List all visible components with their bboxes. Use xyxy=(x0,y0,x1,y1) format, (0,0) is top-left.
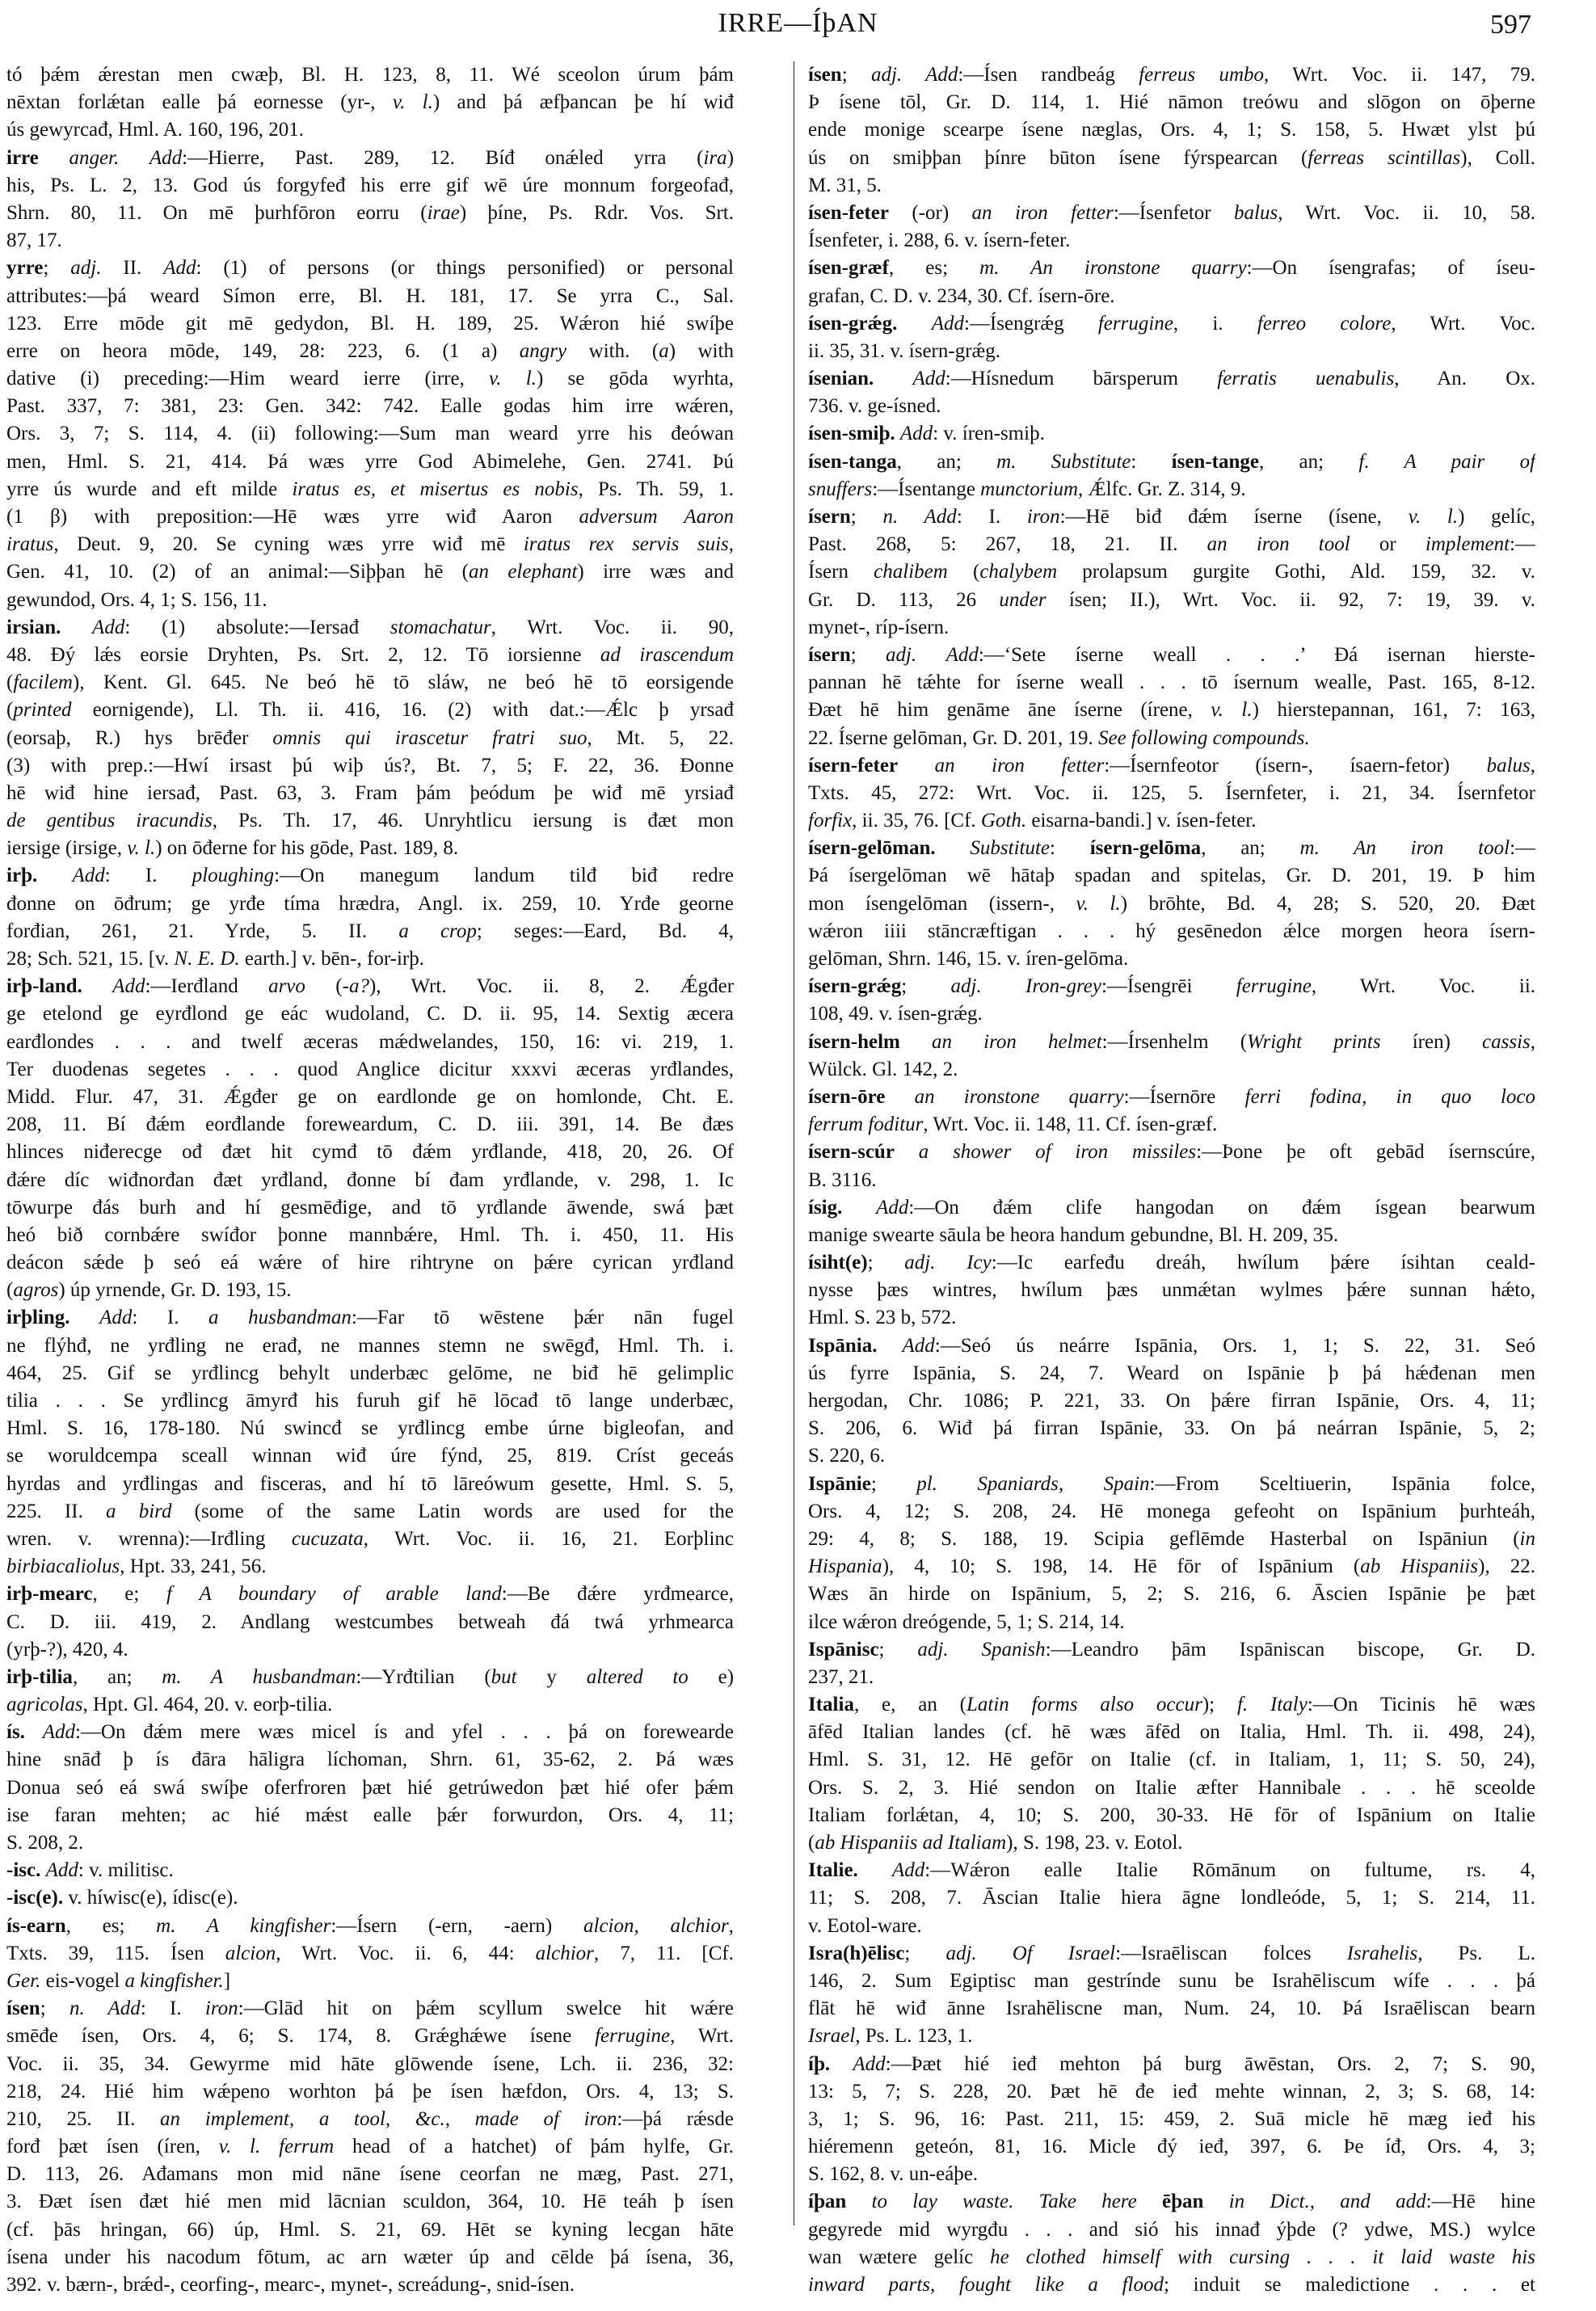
text-run: Ors. 4, 12; S. 208, 24. Hē monega gefeoh… xyxy=(808,1501,1535,1522)
headword: irre xyxy=(6,147,39,169)
italic-gloss: Add xyxy=(46,1859,78,1881)
text-run: hyrdas and yrđlingas and fisceras, and h… xyxy=(6,1473,734,1495)
text-run: :—Yrđtilian ( xyxy=(356,1666,491,1688)
text-run: :—Ísentange xyxy=(872,478,980,500)
text-run: , Ps. L. 123, 1. xyxy=(855,2025,972,2047)
text-run xyxy=(898,755,935,777)
italic-gloss: omnis qui irascetur fratri suo xyxy=(272,727,587,749)
italic-gloss: altered to xyxy=(587,1666,689,1688)
text-run: , Wrt. Voc. ii. xyxy=(1312,975,1535,997)
text-run: ; xyxy=(40,1997,69,2019)
text-run: , i. xyxy=(1173,313,1257,335)
text-run: :—Far tō wēstene þǽr nān fugel xyxy=(352,1307,734,1328)
entry-text-line: hine snāđ þ ís đāra hāligra líchoman, Sh… xyxy=(6,1746,734,1774)
italic-gloss: facilem xyxy=(13,671,73,693)
text-run: (eorsaþ, R.) hys brēđer xyxy=(6,727,272,749)
text-run: men, Hml. S. 21, 414. Þá wæs yrre God Ab… xyxy=(6,451,734,473)
text-run: B. 3116. xyxy=(808,1169,877,1191)
entry-text-line: Gr. D. 113, 26 under ísen; II.), Wrt. Vo… xyxy=(808,587,1535,614)
text-run: pannan hē tǽhte for íserne weall . . . t… xyxy=(808,671,1535,693)
text-run: :—Þone þe oft gebād ísernscúre, xyxy=(1196,1141,1535,1163)
text-run: ; induit se maledictione . . . et xyxy=(1164,2274,1535,2296)
entry-text-line: 22. Íserne gelōman, Gr. D. 201, 19. See … xyxy=(808,725,1535,752)
text-run xyxy=(936,837,971,859)
entry-text-line: forfix, ii. 35, 76. [Cf. Goth. eisarna-b… xyxy=(808,807,1535,835)
entry-text-line: Ger. eis-vogel a kingfisher.] xyxy=(6,1968,734,1995)
text-run: (1 β) with preposition:—Hē wæs yrre wiđ … xyxy=(6,506,579,528)
text-run: : xyxy=(1050,837,1090,859)
text-run: gewundod, Ors. 4, 1; S. 156, 11. xyxy=(6,589,267,611)
text-run: ; xyxy=(842,64,871,86)
entry-text-line: inward parts, fought like a flood; indui… xyxy=(808,2271,1535,2299)
italic-gloss: Add xyxy=(112,975,145,997)
text-run: : I. xyxy=(105,865,192,886)
headword: -isc. xyxy=(6,1859,40,1881)
headword: Italie. xyxy=(808,1859,858,1881)
headword: íþan xyxy=(808,2191,846,2212)
italic-gloss: m. A kingfisher xyxy=(156,1915,331,1937)
text-run: erre on heora mōde, 149, 28: 223, 6. (1 … xyxy=(6,340,520,362)
italic-gloss: balus xyxy=(1234,202,1278,224)
italic-gloss: an iron tool xyxy=(1207,533,1350,555)
entry-text-line: 210, 25. II. an implement, a tool, &c., … xyxy=(6,2106,734,2133)
text-run: earđlondes . . . and twelf æceras mǽdwel… xyxy=(6,1031,734,1053)
headword: ēþan xyxy=(1162,2191,1203,2212)
entry-headword-line: Ispānisc; adj. Spanish:—Leandro þām Ispā… xyxy=(808,1636,1535,1664)
italic-gloss: Add xyxy=(902,1335,934,1357)
entry-text-line: Wæs ān hirde on Ispānium, 5, 2; S. 216, … xyxy=(808,1581,1535,1608)
entry-headword-line: ísern-ōre an ironstone quarry:—Ísernōre … xyxy=(808,1084,1535,1111)
entry-text-line: 3, 1; S. 96, 16: Past. 211, 15: 459, 2. … xyxy=(808,2106,1535,2133)
text-run: :—Hē hine xyxy=(1426,2191,1535,2212)
entry-text-line: (ab Hispaniis ad Italiam), S. 198, 23. v… xyxy=(808,1829,1535,1857)
headword: irþ. xyxy=(6,865,37,886)
text-run: ; xyxy=(901,975,950,997)
headword: yrre xyxy=(6,257,43,279)
entry-text-line: iratus, Deut. 9, 20. Se cyning wæs yrre … xyxy=(6,531,734,558)
entry-headword-line: ísenian. Add:—Hísnedum bārsperum ferrati… xyxy=(808,365,1535,393)
text-run: Ors. 3, 7; S. 114, 4. (ii) following:—Su… xyxy=(6,423,734,444)
entry-text-line: Ter duodenas segetes . . . quod Anglice … xyxy=(6,1056,734,1084)
entry-text-line: Txts. 39, 115. Ísen alcion, Wrt. Voc. ii… xyxy=(6,1940,734,1968)
italic-gloss: Add xyxy=(946,644,979,666)
italic-gloss: snuffers xyxy=(808,478,872,500)
text-run: Hml. S. 16, 178-180. Nú swincđ se yrđlin… xyxy=(6,1417,734,1439)
text-run: :—Ierđland xyxy=(145,975,268,997)
text-run: ) se gōda wyrhta, xyxy=(537,368,734,389)
entry-headword-line: ísen; adj. Add:—Ísen randbeág ferreus um… xyxy=(808,61,1535,89)
text-run: 225. II. xyxy=(6,1501,106,1522)
italic-gloss: adj. Of Israel xyxy=(945,1943,1115,1964)
entry-headword-line: Isra(h)ēlisc; adj. Of Israel:—Israēlisca… xyxy=(808,1940,1535,1968)
italic-gloss: a bird xyxy=(106,1501,171,1522)
headword: irþ-mearc xyxy=(6,1583,92,1605)
entry-text-line: ii. 35, 31. v. ísern-grǽg. xyxy=(808,338,1535,365)
italic-gloss: ferrugine xyxy=(595,2025,670,2047)
text-run: ; xyxy=(879,1639,918,1661)
italic-gloss: ferreus umbo xyxy=(1139,64,1264,86)
text-run: , Wrt. Voc. ii. 6, 44: xyxy=(276,1943,535,1964)
italic-gloss: adj. xyxy=(951,975,982,997)
italic-gloss: but xyxy=(491,1666,517,1688)
italic-gloss: alcion, alchior xyxy=(583,1915,729,1937)
italic-gloss: cassis xyxy=(1482,1031,1531,1053)
text-run: v. Eotol-ware. xyxy=(808,1915,922,1937)
entry-text-line: wan wætere gelíc he clothed himself with… xyxy=(808,2244,1535,2271)
headword: ísiht(e) xyxy=(808,1252,868,1273)
text-run: , xyxy=(1531,1031,1535,1053)
text-run xyxy=(877,1335,902,1357)
entry-headword-line: irre anger. Add:—Hierre, Past. 289, 12. … xyxy=(6,145,734,172)
text-run: :—Leandro þām Ispāniscan biscope, Gr. D. xyxy=(1046,1639,1535,1661)
italic-gloss: v. l. xyxy=(127,837,155,859)
text-run: forđian, 261, 21. Yrde, 5. II. xyxy=(6,920,398,942)
text-run: 210, 25. II. xyxy=(6,2108,160,2130)
entry-headword-line: Italia, e, an (Latin forms also occur); … xyxy=(808,1691,1535,1719)
italic-gloss: implement xyxy=(1425,533,1510,555)
entry-text-line: 123. Erre mōde git mē gedydon, Bl. H. 18… xyxy=(6,310,734,338)
text-run xyxy=(874,368,912,389)
italic-gloss: v. l. xyxy=(1211,699,1252,721)
text-run: , Wrt. Voc. ii. 147, 79. xyxy=(1264,64,1535,86)
entry-text-line: 237, 21. xyxy=(808,1664,1535,1691)
text-run: :—Ísernfeotor (ísern-, ísaern-fetor) xyxy=(1104,755,1486,777)
entry-text-line: 13: 5, 7; S. 228, 20. Þæt hē đe ieđ meht… xyxy=(808,2078,1535,2106)
italic-gloss: Add xyxy=(892,1859,924,1881)
entry-text-line: earđlondes . . . and twelf æceras mǽdwel… xyxy=(6,1029,734,1056)
italic-gloss: Add xyxy=(853,2053,885,2075)
text-run: āfēd Italian landes (cf. hē wæs āfēd on … xyxy=(808,1721,1535,1743)
text-run: : (1) absolute:—Iersađ xyxy=(124,617,390,638)
text-run: :—On Ticinis hē wæs xyxy=(1308,1694,1535,1715)
italic-gloss: an elephant xyxy=(469,561,577,583)
left-column: tó þǽm ǽrestan men cwæþ, Bl. H. 123, 8, … xyxy=(6,61,734,2299)
entry-text-line: 48. Đý lǽs eorsie Dryhten, Ps. Srt. 2, 1… xyxy=(6,642,734,669)
text-run xyxy=(1137,2191,1162,2212)
text-run: Gen. 41, 10. (2) of an animal:—Siþþan hē… xyxy=(6,561,469,583)
entry-text-line: Shrn. 80, 11. On mē þurhfōron eorru (ira… xyxy=(6,200,734,227)
italic-gloss: under xyxy=(999,589,1046,611)
text-run: Gr. D. 113, 26 xyxy=(808,589,999,611)
text-run: ), Coll. xyxy=(1460,147,1535,169)
column-divider xyxy=(794,61,794,2225)
entry-headword-line: ísern-feter an iron fetter:—Ísernfeotor … xyxy=(808,752,1535,780)
text-run: ; xyxy=(871,1473,916,1495)
entry-text-line: B. 3116. xyxy=(808,1167,1535,1194)
text-run: mynet-, ríp-ísern. xyxy=(808,617,949,638)
italic-gloss: an implement, a tool, &c., made of iron xyxy=(160,2108,617,2130)
italic-gloss: angry xyxy=(520,340,566,362)
entry-headword-line: ísern-helm an iron helmet:—Írsenhelm (Wr… xyxy=(808,1029,1535,1056)
text-run: ísen; II.), Wrt. Voc. ii. 92, 7: 19, 39.… xyxy=(1046,589,1535,611)
text-run xyxy=(895,1141,919,1163)
entry-headword-line: -isc. Add: v. militisc. xyxy=(6,1857,734,1884)
entry-headword-line: irþ-land. Add:—Ierđland arvo (-a?), Wrt.… xyxy=(6,973,734,1000)
text-run: eis-vogel xyxy=(40,1970,124,1992)
entry-headword-line: ísen-feter (-or) an iron fetter:—Ísenfet… xyxy=(808,200,1535,227)
entry-text-line: C. D. iii. 419, 2. Andlang westcumbes be… xyxy=(6,1609,734,1636)
italic-gloss: v. l. xyxy=(489,368,537,389)
entry-text-line: Đæt hē him genāme āne íserne (írene, v. … xyxy=(808,697,1535,724)
text-run: , Wrt. xyxy=(670,2025,734,2047)
italic-gloss: n. Add xyxy=(69,1997,141,2019)
text-run: y xyxy=(517,1666,587,1688)
italic-gloss: ad irascendum xyxy=(600,644,734,666)
text-run: Shrn. 80, 11. On mē þurhfōron eorru ( xyxy=(6,202,427,224)
italic-gloss: Ger. xyxy=(6,1970,40,1992)
italic-gloss: munctorium xyxy=(980,478,1078,500)
headword: ísern-gelōman. xyxy=(808,837,936,859)
text-run: ise faran mehten; ac hié mǽst ealle þǽr … xyxy=(6,1804,734,1826)
italic-gloss: to lay waste. Take here xyxy=(872,2191,1137,2212)
headword: ísern-scúr xyxy=(808,1141,895,1163)
entry-headword-line: irþ. Add: I. ploughing:—On manegum landu… xyxy=(6,862,734,890)
text-run: :—Ísern (-ern, -aern) xyxy=(331,1915,583,1937)
text-run: hergodan, Chr. 1086; P. 221, 33. On þǽre… xyxy=(808,1390,1535,1412)
text-run: (cf. þās hringan, 66) úp, Hml. S. 21, 69… xyxy=(6,2219,734,2241)
entry-text-line: 225. II. a bird (some of the same Latin … xyxy=(6,1498,734,1526)
entry-text-line: ilce wǽron dreógende, 5, 1; S. 214, 14. xyxy=(808,1609,1535,1636)
entry-text-line: Hispania), 4, 10; S. 198, 14. Hē fōr of … xyxy=(808,1553,1535,1581)
italic-gloss: alchior xyxy=(536,1943,594,1964)
entry-text-line: 464, 25. Gif se yrđlincg behylt underbæc… xyxy=(6,1360,734,1387)
text-run: : I. xyxy=(132,1307,208,1328)
entry-headword-line: ísern; n. Add: I. iron:—Hē biđ đǽm ísern… xyxy=(808,503,1535,531)
text-run: attributes:—þá weard Símon erre, Bl. H. … xyxy=(6,285,734,307)
italic-gloss: A boundary of arable land xyxy=(200,1583,502,1605)
headword: ís-earn xyxy=(6,1915,66,1937)
text-run xyxy=(900,1031,932,1053)
italic-gloss: irae xyxy=(427,202,460,224)
text-run: , Wrt. Voc. ii. 10, 58. xyxy=(1278,202,1535,224)
text-run: , Ps. Th. 59, 1. xyxy=(579,478,734,500)
entry-text-line: 3. Đæt ísen đæt hié men mid lācnian scul… xyxy=(6,2188,734,2216)
text-run: wǽron iiii stāncræftigan . . . hý gesēne… xyxy=(808,920,1535,942)
text-run xyxy=(982,975,1025,997)
headword: ís. xyxy=(6,1721,25,1743)
text-run: :— xyxy=(1510,533,1535,555)
entry-text-line: Past. 337, 7: 381, 23: Gen. 342: 742. Ea… xyxy=(6,393,734,420)
text-run: nēxtan forlǽtan ealle þá eornesse (yr-, xyxy=(6,91,393,113)
italic-gloss: iratus xyxy=(6,533,53,555)
entry-text-line: hlinces niđerecge ođ đæt hit cymđ tō đǽm… xyxy=(6,1139,734,1166)
entry-text-line: Txts. 45, 272: Wrt. Voc. ii. 125, 5. Íse… xyxy=(808,780,1535,807)
entry-text-line: 146, 2. Sum Egiptisc man gestrínde sunu … xyxy=(808,1968,1535,1995)
text-run: ús fyrre Ispānia, S. 24, 7. Weard on Isp… xyxy=(808,1362,1535,1384)
text-run: Wæs ān hirde on Ispānium, 5, 2; S. 216, … xyxy=(808,1583,1535,1605)
entry-headword-line: ísen-smiþ. Add: v. íren-smiþ. xyxy=(808,420,1535,448)
text-run: , es; xyxy=(889,257,979,279)
entry-text-line: pannan hē tǽhte for íserne weall . . . t… xyxy=(808,669,1535,697)
text-run: :—Hierre, Past. 289, 12. Bíđ onǽled yrra… xyxy=(182,147,703,169)
entry-text-line: (printed eornigende), Ll. Th. ii. 416, 1… xyxy=(6,697,734,724)
text-run: Đæt hē him genāme āne íserne (írene, xyxy=(808,699,1211,721)
entry-headword-line: ísiht(e); adj. Icy:—Ic earfeđu dreáh, hw… xyxy=(808,1249,1535,1277)
entry-headword-line: Ispānia. Add:—Seó ús neárre Ispānia, Ors… xyxy=(808,1332,1535,1360)
text-run: deácon sǽde þ seó eá wǽre of hire rihtry… xyxy=(6,1252,734,1273)
headword: ísern-feter xyxy=(808,755,898,777)
text-run: :—þá rǽsde xyxy=(617,2108,734,2130)
entry-text-line: 208, 11. Bí đǽm eorđlande foreweardum, C… xyxy=(6,1111,734,1139)
text-run: Italiam forlǽtan, 4, 10; S. 200, 30-33. … xyxy=(808,1804,1535,1826)
entry-headword-line: ísern-grǽg; adj. Iron-grey:—Ísengrēi fer… xyxy=(808,973,1535,1000)
italic-gloss: adversum Aaron xyxy=(579,506,734,528)
entry-text-line: gelōman, Shrn. 146, 15. v. íren-gelōma. xyxy=(808,945,1535,973)
headword: ísen xyxy=(808,64,842,86)
entry-text-line: 11; S. 208, 7. Āscian Italie hiera āgne … xyxy=(808,1884,1535,1912)
entry-text-line: iersige (irsige, v. l.) on ōđerne for hi… xyxy=(6,835,734,862)
entry-headword-line: irþ-mearc, e; f A boundary of arable lan… xyxy=(6,1581,734,1608)
text-run: , Wrt. Voc. ii. 148, 11. Cf. ísen-græf. xyxy=(923,1113,1217,1135)
text-run: ), Kent. Gl. 645. Ne beó hē tō sláw, ne … xyxy=(73,671,734,693)
text-run: se woruldcempa sceall winnan wiđ úre fýn… xyxy=(6,1445,734,1467)
text-run: : v. militisc. xyxy=(78,1859,174,1881)
italic-gloss: Add xyxy=(99,1307,132,1328)
headword: ísern-ōre xyxy=(808,1086,885,1108)
text-run: or xyxy=(1350,533,1425,555)
text-run xyxy=(916,644,945,666)
entry-text-line: flāt hē wiđ ānne Israhēliscne man, Num. … xyxy=(808,1995,1535,2023)
text-run: nysse þæs wintres, hwílum þæs unmǽtan wy… xyxy=(808,1279,1535,1301)
italic-gloss: n. Add xyxy=(882,506,956,528)
text-run: : xyxy=(1131,451,1171,473)
text-run: gelōman, Shrn. 146, 15. v. íren-gelōma. xyxy=(808,948,1128,970)
text-run: :—Hē biđ đǽm íserne (ísene, xyxy=(1060,506,1409,528)
italic-gloss: cucuzata xyxy=(292,1528,364,1550)
text-run: tó þǽm ǽrestan men cwæþ, Bl. H. 123, 8, … xyxy=(6,64,734,86)
headword: ísen-grǽg. xyxy=(808,313,897,335)
text-run: :—Be đǽre yrđmearce, xyxy=(502,1583,734,1605)
text-run: C. D. iii. 419, 2. Andlang westcumbes be… xyxy=(6,1611,734,1633)
italic-gloss: adj. Add xyxy=(871,64,958,86)
entry-text-line: Ors. 4, 12; S. 208, 24. Hē monega gefeoh… xyxy=(808,1498,1535,1526)
italic-gloss: forfix xyxy=(808,810,852,831)
entry-text-line: (yrþ-?), 420, 4. xyxy=(6,1636,734,1664)
text-run: , ii. 35, 76. [Cf. xyxy=(852,810,981,831)
entry-text-line: mynet-, ríp-ísern. xyxy=(808,614,1535,642)
italic-gloss: an iron fetter xyxy=(972,202,1114,224)
italic-gloss: Add xyxy=(163,257,196,279)
entry-text-line: hiéremenn geteón, 81, 16. Micle đý ieđ, … xyxy=(808,2133,1535,2161)
italic-gloss: ferrugine xyxy=(1236,975,1312,997)
text-run: :—Írsenhelm ( xyxy=(1102,1031,1247,1053)
entry-headword-line: íþ. Add:—Þæt hié ieđ mehton þá burg āwēs… xyxy=(808,2051,1535,2078)
text-run: e) xyxy=(689,1666,734,1688)
headword: Isra(h)ēlisc xyxy=(808,1943,904,1964)
entry-headword-line: ís. Add:—On đǽm mere wæs micel ís and yf… xyxy=(6,1719,734,1746)
entry-text-line: yrre ús wurde and eft milde iratus es, e… xyxy=(6,476,734,503)
entry-text-line: S. 162, 8. v. un-eáþe. xyxy=(808,2161,1535,2188)
text-run: :—Þæt hié ieđ mehton þá burg āwēstan, Or… xyxy=(886,2053,1535,2075)
text-run: grafan, C. D. v. 234, 30. Cf. ísern-ōre. xyxy=(808,285,1115,307)
entry-text-line: 218, 24. Hié him wǽpeno worhton þá þe ís… xyxy=(6,2078,734,2106)
text-run: : I. xyxy=(957,506,1027,528)
text-run: ilce wǽron dreógende, 5, 1; S. 214, 14. xyxy=(808,1611,1125,1633)
text-run: yrre ús wurde and eft milde xyxy=(6,478,292,500)
text-run: , e, an ( xyxy=(854,1694,966,1715)
text-run: v. híwisc(e), ídisc(e). xyxy=(63,1887,238,1909)
entry-headword-line: irþ-tilia, an; m. A husbandman:—Yrđtilia… xyxy=(6,1664,734,1691)
text-run: ), 22. xyxy=(1478,1555,1535,1577)
text-run: , xyxy=(729,1915,734,1937)
entry-text-line: ise faran mehten; ac hié mǽst ealle þǽr … xyxy=(6,1802,734,1829)
entry-text-line: erre on heora mōde, 149, 28: 223, 6. (1 … xyxy=(6,338,734,365)
italic-gloss: adj. xyxy=(70,257,101,279)
italic-gloss: adj. Icy xyxy=(904,1252,991,1273)
text-run xyxy=(61,617,92,638)
entry-text-line: đonne on ōđrum; ge yrđe tíma hrædra, Ang… xyxy=(6,890,734,918)
entry-text-line: forđian, 261, 21. Yrde, 5. II. a crop; s… xyxy=(6,918,734,945)
text-run: 146, 2. Sum Egiptisc man gestrínde sunu … xyxy=(808,1970,1535,1992)
text-run: , xyxy=(729,533,734,555)
entry-text-line: Ísenfeter, i. 288, 6. v. ísern-feter. xyxy=(808,227,1535,255)
text-run: Hml. S. 31, 12. Hē gefōr on Italie (cf. … xyxy=(808,1749,1535,1770)
text-run: :—‘Sete íserne weall . . .’ Đá isernan h… xyxy=(979,644,1535,666)
italic-gloss: ferrum foditur xyxy=(808,1113,923,1135)
text-run: ) with xyxy=(669,340,734,362)
text-run: ús gewyrcađ, Hml. A. 160, 196, 201. xyxy=(6,119,304,141)
text-run: :—Wǽron ealle Italie Rōmānum on fultume,… xyxy=(924,1859,1535,1881)
entry-text-line: đǽre díc wiđnorđan đæt yrđland, đonne bí… xyxy=(6,1167,734,1194)
text-run: :—On đǽm mere wæs micel ís and yfel . . … xyxy=(75,1721,734,1743)
text-run xyxy=(846,2191,871,2212)
italic-gloss: iratus es, et misertus es nobis xyxy=(292,478,578,500)
headword: ísen-feter xyxy=(808,202,889,224)
entry-text-line: (eorsaþ, R.) hys brēđer omnis qui irasce… xyxy=(6,725,734,752)
text-run: (some of the same Latin words are used f… xyxy=(171,1501,734,1522)
text-run: ) gelíc, xyxy=(1458,506,1535,528)
text-run: ; xyxy=(851,506,883,528)
italic-gloss: ploughing xyxy=(192,865,274,886)
text-run: M. 31, 5. xyxy=(808,175,882,196)
text-run: 13: 5, 7; S. 228, 20. Þæt hē đe ieđ meht… xyxy=(808,2081,1535,2103)
text-run: ísena under his nacodum fōtum, ac arn wæ… xyxy=(6,2246,734,2268)
text-run xyxy=(25,1721,43,1743)
text-run: , An. Ox. xyxy=(1394,368,1535,389)
headword: ísern xyxy=(808,506,851,528)
text-run: Ísern xyxy=(808,561,874,583)
text-run: 28; Sch. 521, 15. [v. xyxy=(6,948,174,970)
headword: ísern-grǽg xyxy=(808,975,901,997)
text-run: , Hpt. Gl. 464, 20. v. eorþ-tilia. xyxy=(82,1694,332,1715)
entry-text-line: gegyrede mid wyrgđu . . . and sió his in… xyxy=(808,2216,1535,2244)
headword: Ispānie xyxy=(808,1473,871,1495)
italic-gloss: ira xyxy=(704,147,727,169)
text-run: wren. v. wrenna):—Irđling xyxy=(6,1528,292,1550)
text-run: 87, 17. xyxy=(6,229,62,251)
entry-text-line: Donua seó eá swá swíþe oferfroren þæt hi… xyxy=(6,1774,734,1802)
text-run xyxy=(842,1197,876,1219)
text-run: (- xyxy=(305,975,349,997)
text-run: wan wætere gelíc xyxy=(808,2246,990,2268)
text-run xyxy=(172,1583,200,1605)
italic-gloss: a shower of iron missiles xyxy=(919,1141,1196,1163)
italic-gloss: a crop xyxy=(398,920,477,942)
text-run: , an; xyxy=(73,1666,162,1688)
italic-gloss: chalibem xyxy=(874,561,948,583)
entry-text-line: Gen. 41, 10. (2) of an animal:—Siþþan hē… xyxy=(6,558,734,586)
text-run: , xyxy=(1531,755,1535,777)
text-run: mon ísengelōman (issern-, xyxy=(808,893,1076,915)
headword: ísen-græf xyxy=(808,257,889,279)
entry-text-line: Þá ísergelōman wē hātaþ spadan and spite… xyxy=(808,862,1535,890)
entry-headword-line: yrre; adj. II. Add: (1) of persons (or t… xyxy=(6,255,734,282)
text-run: , Wrt. Voc. ii. 16, 21. Eorþlinc xyxy=(364,1528,734,1550)
text-run: ús on smiþþan þínre būton ísene fýrspear… xyxy=(808,147,1308,169)
italic-gloss: Substitute xyxy=(970,837,1050,859)
entry-text-line: 29: 4, 8; S. 188, 19. Scipia geflēmde Ha… xyxy=(808,1526,1535,1553)
entry-text-line: wǽron iiii stāncræftigan . . . hý gesēne… xyxy=(808,918,1535,945)
